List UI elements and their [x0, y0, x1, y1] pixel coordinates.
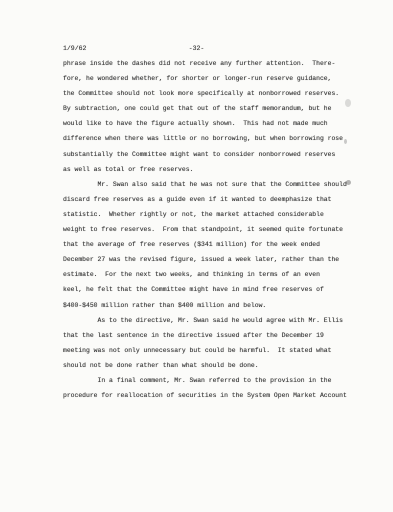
text-line: By subtraction, one could get that out o…	[63, 101, 363, 116]
text-line: December 27 was the revised figure, issu…	[63, 252, 363, 267]
page-number: -32-	[0, 45, 393, 53]
text-line: keel, he felt that the Committee might h…	[63, 282, 363, 297]
text-line: substantially the Committee might want t…	[63, 147, 363, 162]
document-page: 1/9/62 -32- phrase inside the dashes did…	[0, 0, 393, 512]
scan-artifact	[346, 180, 351, 185]
text-line: In a final comment, Mr. Swan referred to…	[63, 373, 363, 388]
text-line: Mr. Swan also said that he was not sure …	[63, 177, 363, 192]
text-line: weight to free reserves. From that stand…	[63, 222, 363, 237]
text-line: difference when there was little or no b…	[63, 131, 363, 146]
text-line: the Committee should not look more speci…	[63, 86, 363, 101]
text-line: estimate. For the next two weeks, and th…	[63, 267, 363, 282]
text-line: as well as total or free reserves.	[63, 162, 363, 177]
text-line: discard free reserves as a guide even if…	[63, 192, 363, 207]
document-body: phrase inside the dashes did not receive…	[63, 56, 363, 403]
text-line: fore, he wondered whether, for shorter o…	[63, 71, 363, 86]
text-line: that the average of free reserves ($341 …	[63, 237, 363, 252]
text-line: $400-$450 million rather than $400 milli…	[63, 298, 363, 313]
text-line: would like to have the figure actually s…	[63, 116, 363, 131]
scan-artifact	[344, 139, 347, 144]
scan-artifact	[345, 99, 351, 107]
text-line: statistic. Whether rightly or not, the m…	[63, 207, 363, 222]
text-line: As to the directive, Mr. Swan said he wo…	[63, 313, 363, 328]
text-line: procedure for reallocation of securities…	[63, 388, 363, 403]
text-line: that the last sentence in the directive …	[63, 328, 363, 343]
text-line: meeting was not only unnecessary but cou…	[63, 343, 363, 358]
text-line: should not be done rather than what shou…	[63, 358, 363, 373]
text-line: phrase inside the dashes did not receive…	[63, 56, 363, 71]
